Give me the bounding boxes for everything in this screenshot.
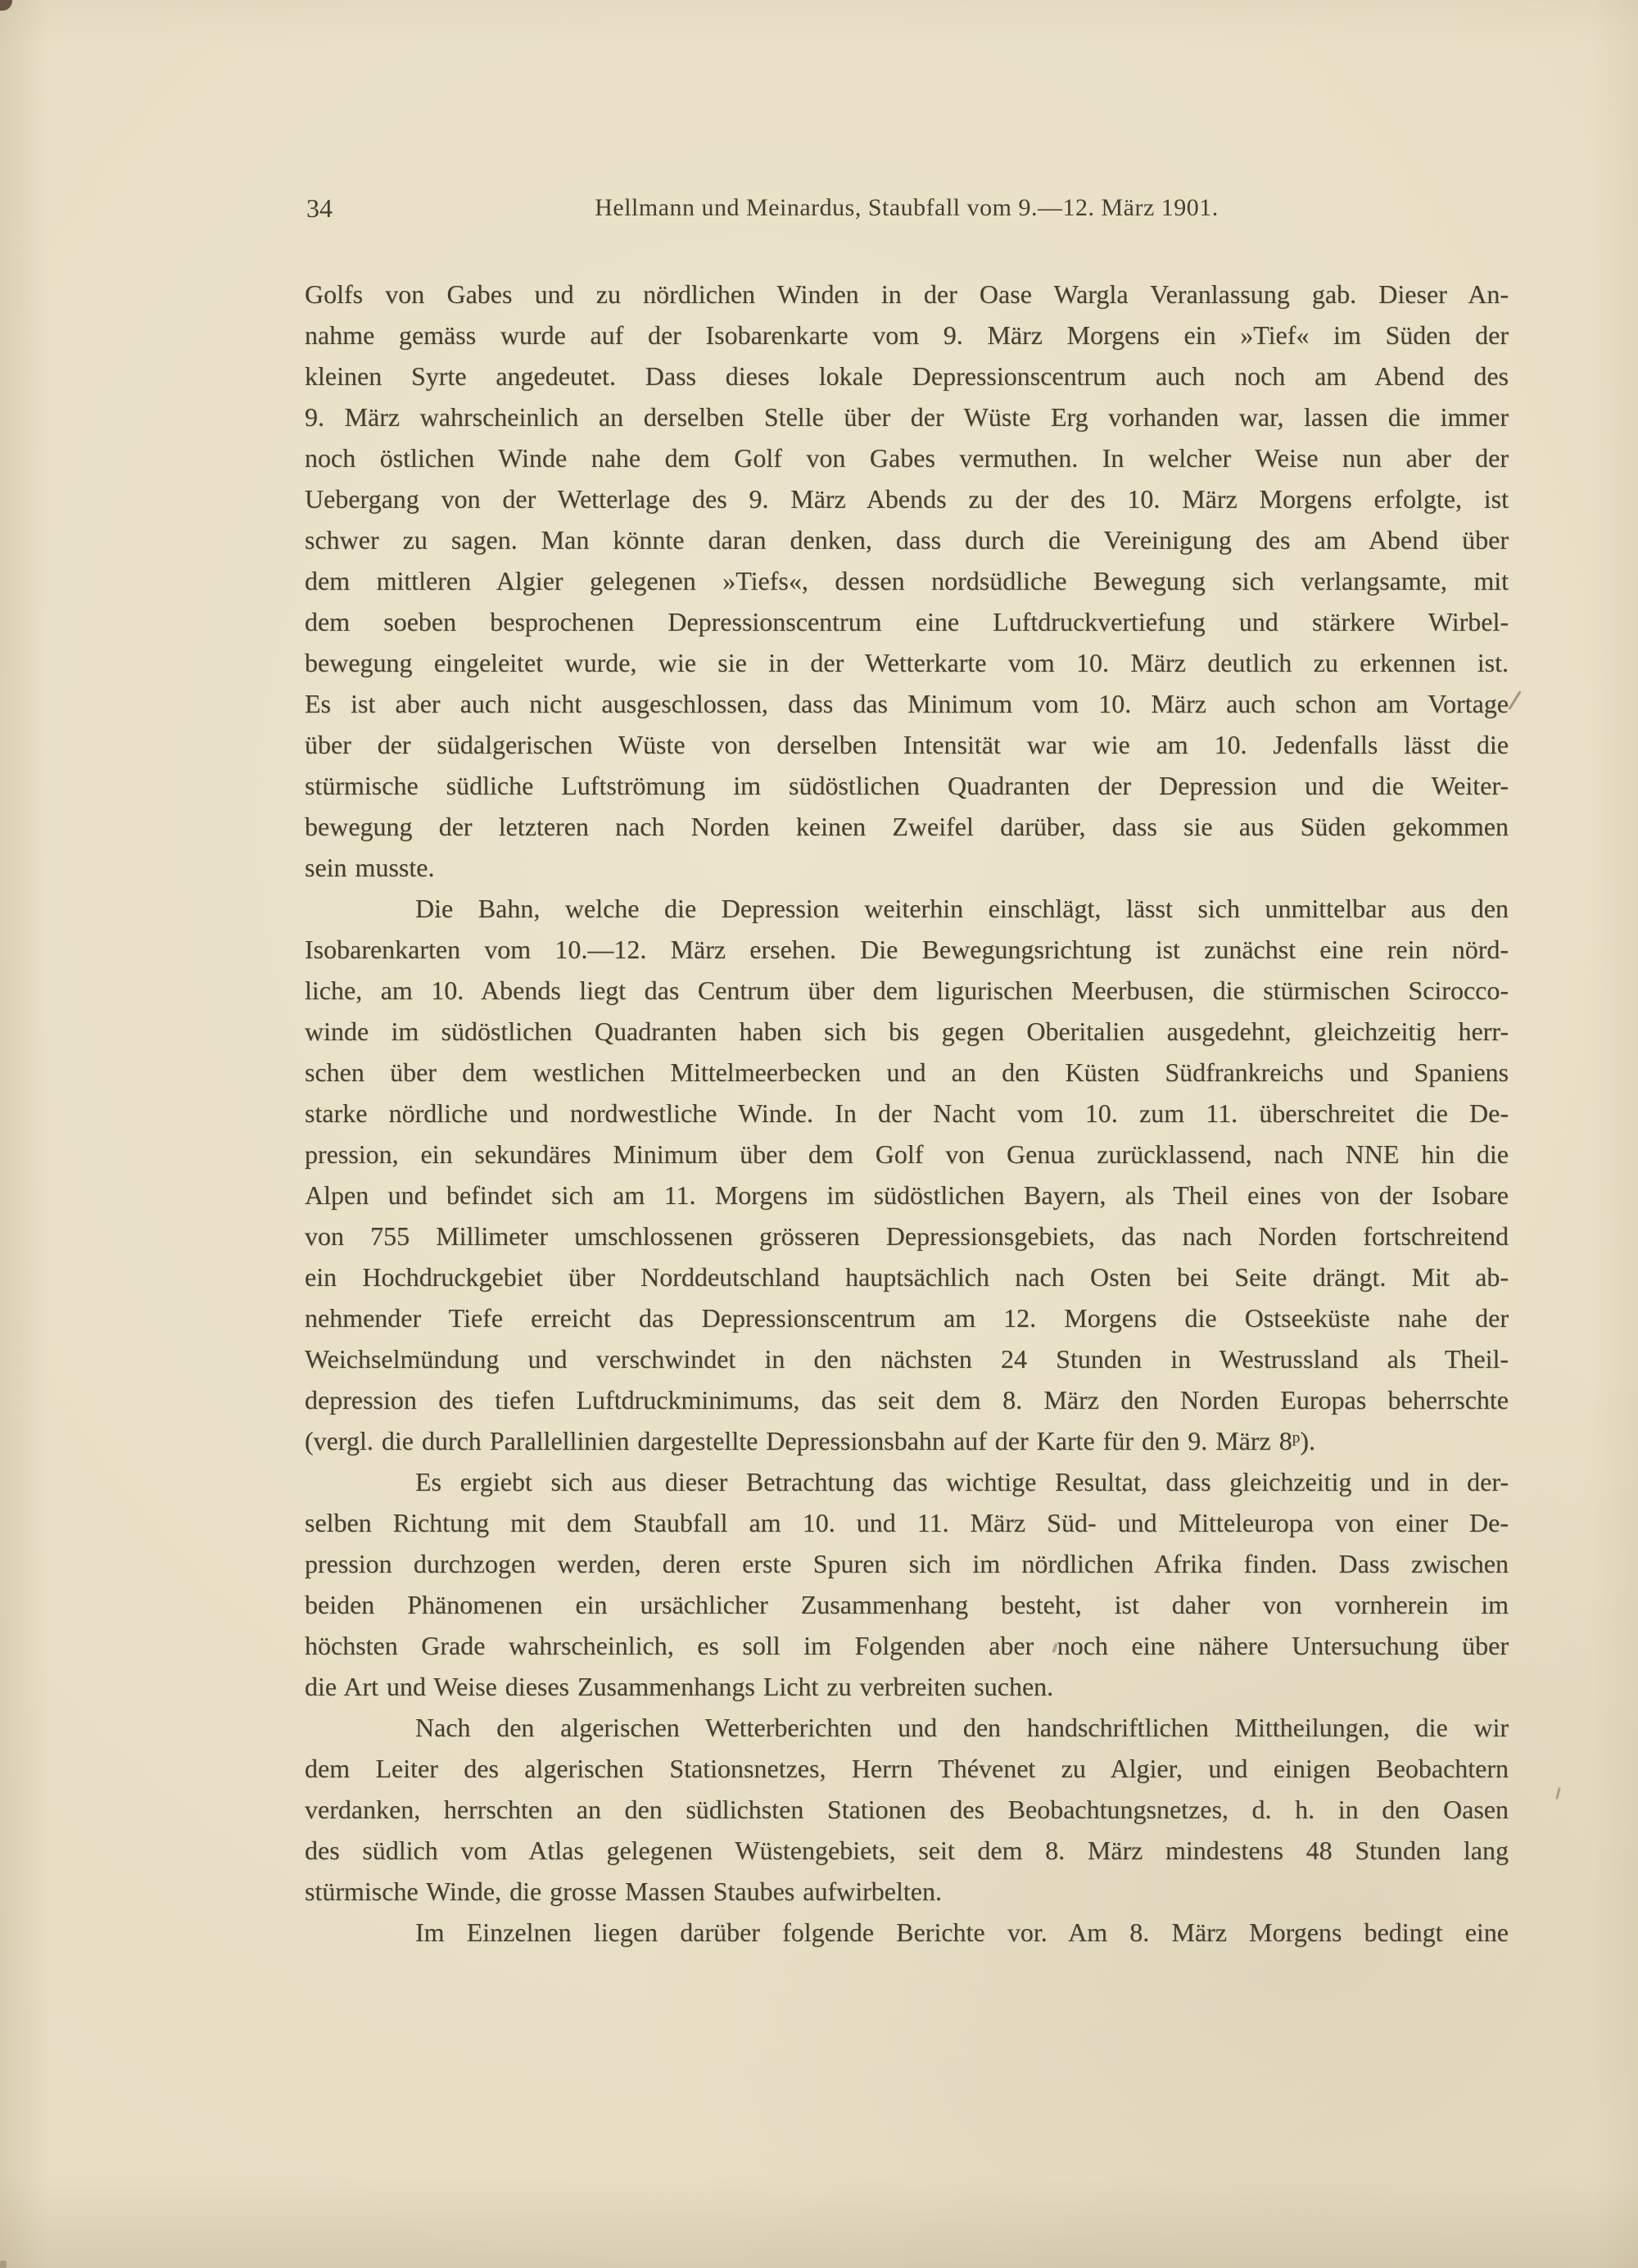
scanned-page: 34 Hellmann und Meinardus, Staubfall vom…: [0, 0, 1638, 2268]
text-line: liche, am 10. Abends liegt das Centrum ü…: [305, 970, 1509, 1011]
text-line: Im Einzelnen liegen darüber folgende Ber…: [305, 1912, 1509, 1953]
text-line: höchsten Grade wahrscheinlich, es soll i…: [305, 1625, 1509, 1666]
paper-speck: [1555, 1787, 1561, 1799]
text-line: nehmender Tiefe erreicht das Depressions…: [305, 1297, 1509, 1338]
running-header: Hellmann und Meinardus, Staubfall vom 9.…: [305, 190, 1509, 226]
text-line: schwer zu sagen. Man könnte daran denken…: [305, 519, 1509, 560]
scan-edge-artifact: [0, 0, 12, 11]
text-line: nahme gemäss wurde auf der Isobarenkarte…: [305, 315, 1509, 355]
text-line: noch östlichen Winde nahe dem Golf von G…: [305, 437, 1509, 478]
text-line: 9. März wahrscheinlich an derselben Stel…: [305, 396, 1509, 437]
text-line: depression des tiefen Luftdruckminimums,…: [305, 1379, 1509, 1420]
superscript-p: p: [1292, 1429, 1301, 1446]
text-line: dem mittleren Algier gelegenen »Tiefs«, …: [305, 560, 1509, 601]
text-line: Es ist aber auch nicht ausgeschlossen, d…: [305, 683, 1509, 724]
text-line: selben Richtung mit dem Staubfall am 10.…: [305, 1502, 1509, 1543]
text-line: Weichselmündung und verschwindet in den …: [305, 1338, 1509, 1379]
text-line: die Art und Weise dieses Zusammenhangs L…: [305, 1666, 1509, 1707]
text-line: über der südalgerischen Wüste von dersel…: [305, 724, 1509, 765]
text-line: pression, ein sekundäres Minimum über de…: [305, 1134, 1509, 1175]
text-line: (vergl. die durch Parallellinien dargest…: [305, 1420, 1509, 1461]
text-line: sein musste.: [305, 847, 1509, 888]
text-line: bewegung der letzteren nach Norden keine…: [305, 806, 1509, 847]
text-line: Golfs von Gabes und zu nördlichen Winden…: [305, 274, 1509, 315]
text-line: stürmische südliche Luftströmung im südö…: [305, 765, 1509, 806]
page-number: 34: [306, 190, 333, 226]
text-line: starke nördliche und nordwestliche Winde…: [305, 1093, 1509, 1134]
text-line: Es ergiebt sich aus dieser Betrachtung d…: [305, 1461, 1509, 1502]
text-line: Isobarenkarten vom 10.—12. März ersehen.…: [305, 929, 1509, 970]
text-line: Nach den algerischen Wetterberichten und…: [305, 1707, 1509, 1748]
paper-speck: [1508, 690, 1521, 710]
text-line: dem soeben besprochenen Depressionscentr…: [305, 601, 1509, 642]
text-line: ein Hochdruckgebiet über Norddeutschland…: [305, 1256, 1509, 1297]
paper-speck: [0, 2261, 7, 2268]
text-line: bewegung eingeleitet wurde, wie sie in d…: [305, 642, 1509, 683]
text-line: Uebergang von der Wetterlage des 9. März…: [305, 478, 1509, 519]
text-line: des südlich vom Atlas gelegenen Wüstenge…: [305, 1830, 1509, 1871]
text-line: stürmische Winde, die grosse Massen Stau…: [305, 1871, 1509, 1912]
text-line: winde im südöstlichen Quadranten haben s…: [305, 1011, 1509, 1052]
text-line: schen über dem westlichen Mittelmeerbeck…: [305, 1052, 1509, 1093]
text-line: verdanken, herrschten an den südlichsten…: [305, 1789, 1509, 1830]
text-line: von 755 Millimeter umschlossenen grösser…: [305, 1215, 1509, 1256]
text-line: kleinen Syrte angedeutet. Dass dieses lo…: [305, 355, 1509, 396]
text-line: pression durchzogen werden, deren erste …: [305, 1543, 1509, 1584]
text-line: Alpen und befindet sich am 11. Morgens i…: [305, 1175, 1509, 1215]
text-line: beiden Phänomenen ein ursächlicher Zusam…: [305, 1584, 1509, 1625]
body-text: Golfs von Gabes und zu nördlichen Winden…: [305, 274, 1509, 1953]
text-line: Die Bahn, welche die Depression weiterhi…: [305, 888, 1509, 929]
text-line: dem Leiter des algerischen Stationsnetze…: [305, 1748, 1509, 1789]
masthead: 34 Hellmann und Meinardus, Staubfall vom…: [305, 190, 1509, 226]
